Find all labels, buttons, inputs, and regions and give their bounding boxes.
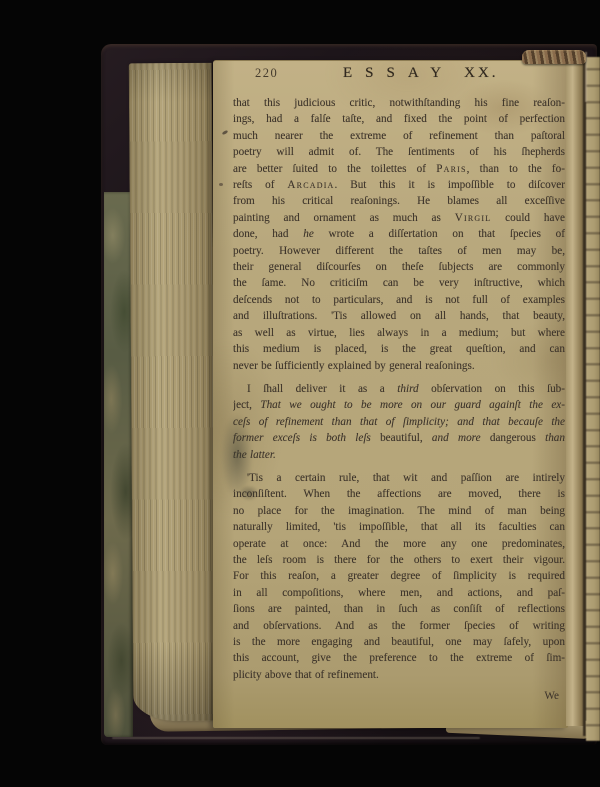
running-title-text: ESSAY <box>343 65 454 81</box>
text-line: is the more engaging and beautiful, one … <box>233 634 565 650</box>
text-segment: could have <box>491 212 565 224</box>
ink-speck <box>222 130 229 136</box>
text-segment: Paris <box>436 163 466 175</box>
text-line: plicity above that of refinement. <box>233 667 565 683</box>
text-line: reſts of Arcadia. But this it is impoſſi… <box>233 177 565 193</box>
text-segment: inconſiſtent. When the affections are mo… <box>233 488 565 500</box>
text-segment: are better ſuited to the toilettes of <box>233 163 436 175</box>
text-segment: former exceſs is both leſs <box>233 432 380 444</box>
text-line: as well as virtue, lies always in a medi… <box>233 325 565 341</box>
text-line: For this reaſon, a greater degree of ſim… <box>233 568 565 584</box>
paragraph: that this judicious critic, notwithſtand… <box>233 95 565 374</box>
page-stack-fore-edge <box>129 63 217 722</box>
text-line: the ſame. No criticiſm can be very inſtr… <box>233 275 565 291</box>
text-segment: he <box>303 228 314 240</box>
text-segment: never be ſufficiently explained by gener… <box>233 360 475 372</box>
text-line: the leſs room is there for the others to… <box>233 552 565 568</box>
text-segment: this medium is placed, is the great queſ… <box>233 343 565 355</box>
text-segment: this account, give the preference to the… <box>233 652 565 664</box>
text-line: inconſiſtent. When the affections are mo… <box>233 486 565 502</box>
cover-bottom-edge-highlight <box>112 737 480 739</box>
page-number: 220 <box>255 66 278 81</box>
text-segment: That we ought to be more on our guard ag… <box>260 399 565 411</box>
text-segment: naturally limited, 'tis impoſſible, that… <box>233 521 565 533</box>
text-segment: obſervation on this ſub- <box>419 383 565 395</box>
text-line: poetry will admit of. The ſentiments of … <box>233 144 565 160</box>
text-line: are better ſuited to the toilettes of Pa… <box>233 161 565 177</box>
marbled-board-edge <box>104 192 133 737</box>
text-line: much nearer the extreme of refinement th… <box>233 128 565 144</box>
text-segment: . But this it is impoſſible to diſcover <box>335 179 565 191</box>
text-segment: their general diſcourſes on theſe ſubjec… <box>233 261 565 273</box>
text-line: ceſs of refinement than that of ſimplici… <box>233 414 565 430</box>
text-block: that this judicious critic, notwithſtand… <box>233 95 565 683</box>
book-page: 220 ESSAYXX. that this judicious critic,… <box>213 60 568 728</box>
text-segment: ſions are painted, than in ſuch as conſi… <box>233 603 565 615</box>
text-line: from his critical reaſonings. He blames … <box>233 193 565 209</box>
text-line: former exceſs is both leſs beautiful, an… <box>233 430 565 446</box>
text-segment: no place for the imagination. The mind o… <box>233 505 565 517</box>
text-segment: as well as virtue, lies always in a medi… <box>233 327 565 339</box>
text-segment: wrote a diſſertation on that ſpecies of <box>314 228 565 240</box>
text-line: poetry. However different the taſtes of … <box>233 243 565 259</box>
text-segment: poetry. However different the taſtes of … <box>233 245 565 257</box>
text-line: deſcends not to particulars, and is not … <box>233 292 565 308</box>
ink-speck <box>219 183 223 186</box>
text-segment: ject, <box>233 399 260 411</box>
text-segment: the ſame. No criticiſm can be very inſtr… <box>233 277 565 289</box>
text-line: and obſervations. And as the former ſpec… <box>233 618 565 634</box>
text-line: 'Tis a certain rule, that wit and paſſio… <box>233 470 565 486</box>
text-segment: that this judicious critic, notwithſtand… <box>233 97 565 109</box>
text-segment: plicity above that of refinement. <box>233 669 379 681</box>
text-segment: than <box>536 432 565 444</box>
text-segment: and more <box>423 432 490 444</box>
text-segment: For this reaſon, a greater degree of ſim… <box>233 570 565 582</box>
text-line: I ſhall deliver it as a third obſervatio… <box>233 381 565 397</box>
paragraph: 'Tis a certain rule, that wit and paſſio… <box>233 470 565 683</box>
text-segment: and obſervations. And as the former ſpec… <box>233 620 565 632</box>
text-segment: operate at once: And the more any one pr… <box>233 538 565 550</box>
text-line: this account, give the preference to the… <box>233 650 565 666</box>
text-line: never be ſufficiently explained by gener… <box>233 358 565 374</box>
text-segment: the leſs room is there for the others to… <box>233 554 565 566</box>
text-segment: done, had <box>233 228 303 240</box>
photo-background: { "colors": { "background": "#050505", "… <box>0 0 600 787</box>
essay-numeral: XX. <box>464 65 498 81</box>
text-segment: third <box>397 383 418 395</box>
text-line: that this judicious critic, notwithſtand… <box>233 95 565 111</box>
text-segment: Arcadia <box>287 179 334 191</box>
text-line: ſions are painted, than in ſuch as conſi… <box>233 601 565 617</box>
text-segment: ings, had a falſe taſte, and fixed the p… <box>233 113 565 125</box>
text-line: ings, had a falſe taſte, and fixed the p… <box>233 111 565 127</box>
text-segment: , than to the fo- <box>467 163 565 175</box>
ink-blot-small <box>239 485 259 501</box>
text-line: done, had he wrote a diſſertation on tha… <box>233 226 565 242</box>
running-title: ESSAYXX. <box>343 64 499 82</box>
text-line: the latter. <box>233 447 565 463</box>
text-segment: beautiful, <box>380 432 423 444</box>
text-segment: 'Tis a certain rule, that wit and paſſio… <box>247 472 565 484</box>
text-line: no place for the imagination. The mind o… <box>233 503 565 519</box>
text-line: this medium is placed, is the great queſ… <box>233 341 565 357</box>
text-line: their general diſcourſes on theſe ſubjec… <box>233 259 565 275</box>
catchword: We <box>233 690 563 702</box>
headband <box>522 50 586 64</box>
text-segment: Virgil <box>455 212 492 224</box>
text-segment: and illuſtrations. 'Tis allowed on all h… <box>233 310 565 322</box>
text-segment: reſts of <box>233 179 287 191</box>
text-line: painting and ornament as much as Virgil … <box>233 210 565 226</box>
text-line: ject, That we ought to be more on our gu… <box>233 397 565 413</box>
facing-page-edge <box>586 57 600 741</box>
text-segment: painting and ornament as much as <box>233 212 455 224</box>
text-segment: ceſs of refinement than that of ſimplici… <box>233 416 565 428</box>
text-segment: in all compoſitions, where men, and acti… <box>233 587 565 599</box>
text-line: and illuſtrations. 'Tis allowed on all h… <box>233 308 565 324</box>
text-line: naturally limited, 'tis impoſſible, that… <box>233 519 565 535</box>
text-segment: I ſhall deliver it as a <box>247 383 397 395</box>
text-segment: poetry will admit of. The ſentiments of … <box>233 146 565 158</box>
paragraph: I ſhall deliver it as a third obſervatio… <box>233 381 565 463</box>
text-segment: dangerous <box>490 432 536 444</box>
text-segment: much nearer the extreme of refinement th… <box>233 130 565 142</box>
text-segment: from his critical reaſonings. He blames … <box>233 195 565 207</box>
text-segment: is the more engaging and beautiful, one … <box>233 636 565 648</box>
text-line: operate at once: And the more any one pr… <box>233 536 565 552</box>
text-line: in all compoſitions, where men, and acti… <box>233 585 565 601</box>
text-segment: deſcends not to particulars, and is not … <box>233 294 565 306</box>
